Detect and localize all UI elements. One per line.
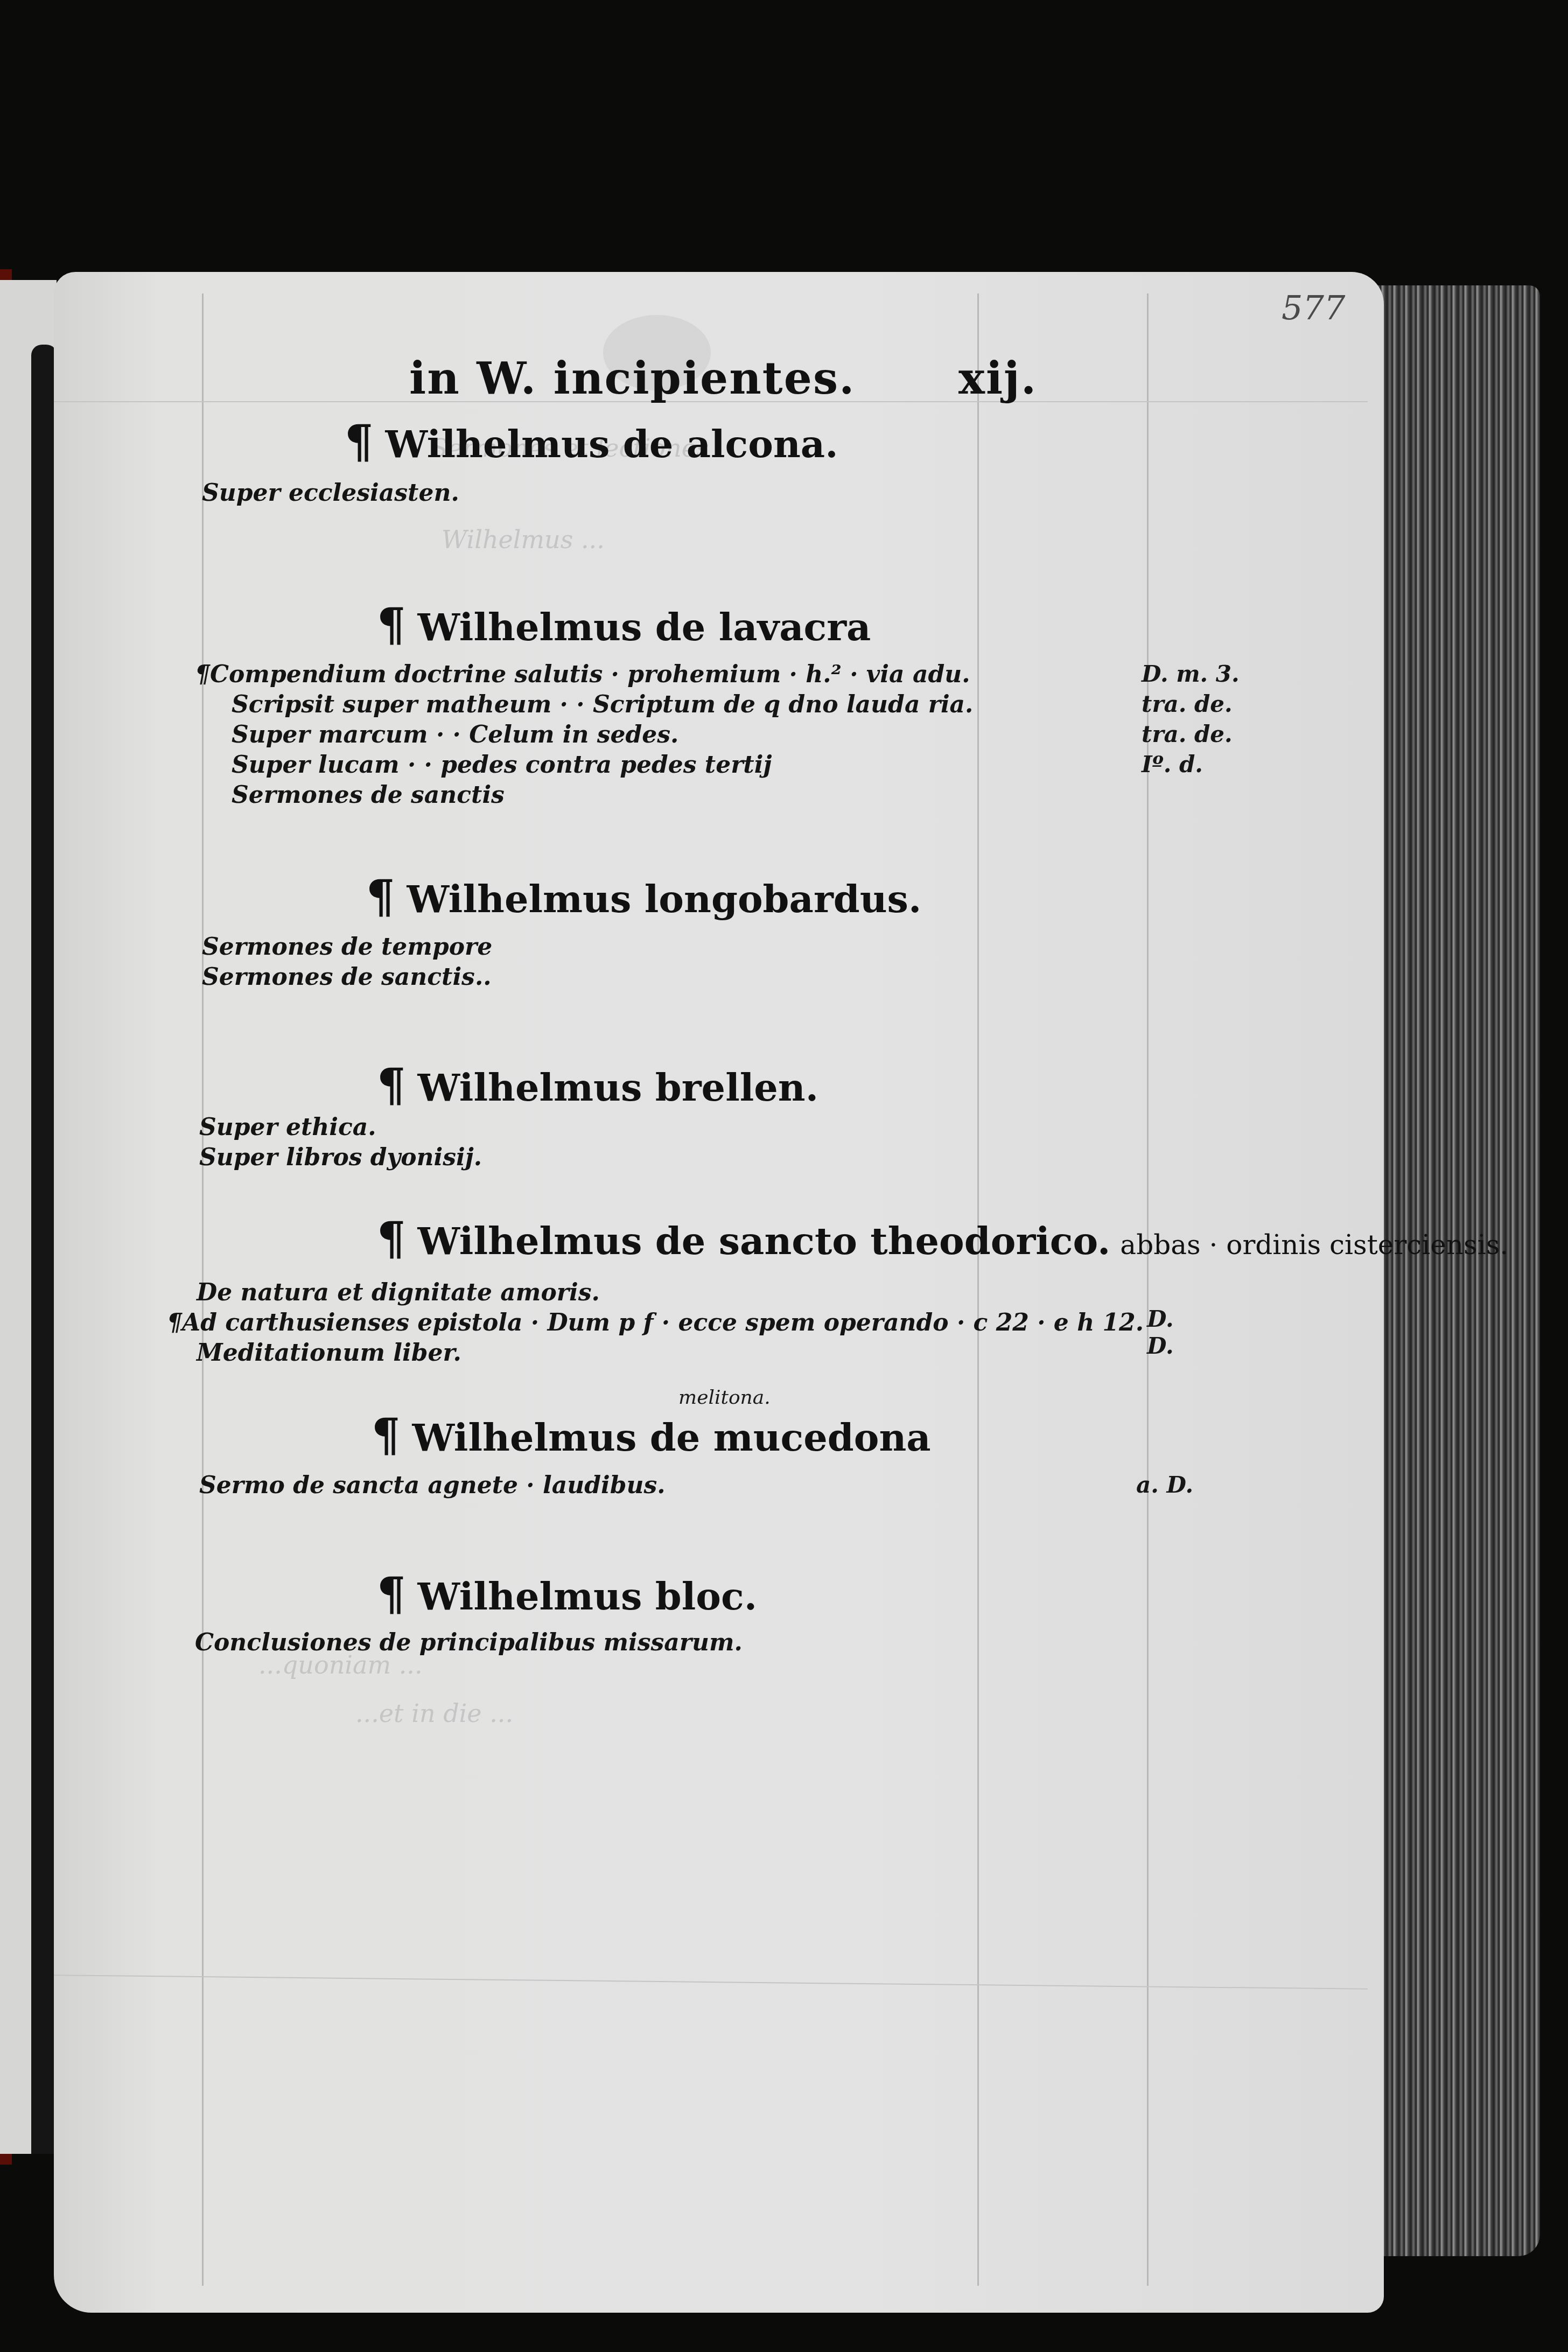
interlinear-correction: melitona. xyxy=(678,1387,771,1409)
margin-reference: Iº. d. xyxy=(1142,751,1203,778)
work-entry: Conclusiones de principalibus missarum. xyxy=(195,1629,743,1656)
margin-reference: tra. de. xyxy=(1142,691,1233,717)
margin-reference: a. D. xyxy=(1136,1472,1193,1498)
heading-suffix: abbas · ordinis cisterciensis. xyxy=(1120,1229,1508,1261)
work-entry: Super lucam · · pedes contra pedes terti… xyxy=(232,751,772,779)
paragraph-mark-icon: ¶ xyxy=(167,1309,182,1336)
paragraph-mark-icon: ¶ xyxy=(377,1212,405,1265)
work-entry: Sermones de sanctis xyxy=(232,781,505,809)
author-heading: ¶Wilhelmus longobardus. xyxy=(366,870,921,923)
manuscript-page: Sermones et lectiones Wilhelmus ... ...q… xyxy=(54,272,1384,2313)
author-heading: ¶Wilhelmus de alcona. xyxy=(345,415,838,468)
margin-reference: tra. de. xyxy=(1142,721,1233,747)
margin-reference: D. xyxy=(1147,1333,1174,1359)
book-gutter xyxy=(31,345,57,2154)
section-number: xij. xyxy=(958,353,1037,404)
show-through-text: Wilhelmus ... xyxy=(442,525,605,554)
show-through-text: ...et in die ... xyxy=(355,1699,513,1728)
work-entry: ¶Ad carthusienses epistola · Dum p f · e… xyxy=(167,1309,1144,1336)
work-entry: Sermo de sancta agnete · laudibus. xyxy=(199,1472,666,1499)
paragraph-mark-icon: ¶ xyxy=(377,598,405,651)
ruling-crease xyxy=(54,1975,1368,1990)
work-entry: Super ethica. xyxy=(199,1114,376,1141)
work-entry: De natura et dignitate amoris. xyxy=(197,1279,600,1306)
work-entry: Scripsit super matheum · · Scriptum de q… xyxy=(232,691,973,718)
work-entry: Sermones de sanctis.. xyxy=(202,963,492,991)
work-entry: Super marcum · · Celum in sedes. xyxy=(232,721,678,748)
paragraph-mark-icon: ¶ xyxy=(377,1567,405,1620)
paragraph-mark-icon: ¶ xyxy=(372,1408,400,1461)
author-heading: ¶Wilhelmus bloc. xyxy=(377,1567,757,1620)
ruling-column-1 xyxy=(977,293,979,2286)
work-entry: Super libros dyonisij. xyxy=(199,1144,482,1171)
paragraph-mark-icon: ¶ xyxy=(377,1058,405,1111)
running-head: in W. incipientes. xyxy=(409,353,856,404)
margin-reference: D. m. 3. xyxy=(1142,661,1240,687)
work-entry: ¶Compendium doctrine salutis · prohemium… xyxy=(195,661,970,688)
author-heading: ¶Wilhelmus de lavacra xyxy=(377,598,871,651)
author-heading: ¶Wilhelmus de sancto theodorico.abbas · … xyxy=(377,1212,1508,1265)
folio-number: 577 xyxy=(1282,288,1345,327)
author-heading: ¶Wilhelmus de mucedona xyxy=(372,1408,931,1461)
page-block-edges xyxy=(1376,285,1540,2256)
author-heading: ¶Wilhelmus brellen. xyxy=(377,1058,818,1111)
margin-reference: D. xyxy=(1147,1306,1174,1332)
paragraph-mark-icon: ¶ xyxy=(366,870,395,923)
work-entry: Super ecclesiasten. xyxy=(202,479,459,507)
paragraph-mark-icon: ¶ xyxy=(345,415,373,468)
paragraph-mark-icon: ¶ xyxy=(195,661,210,688)
work-entry: Sermones de tempore xyxy=(202,933,492,961)
work-entry: Meditationum liber. xyxy=(197,1339,461,1367)
